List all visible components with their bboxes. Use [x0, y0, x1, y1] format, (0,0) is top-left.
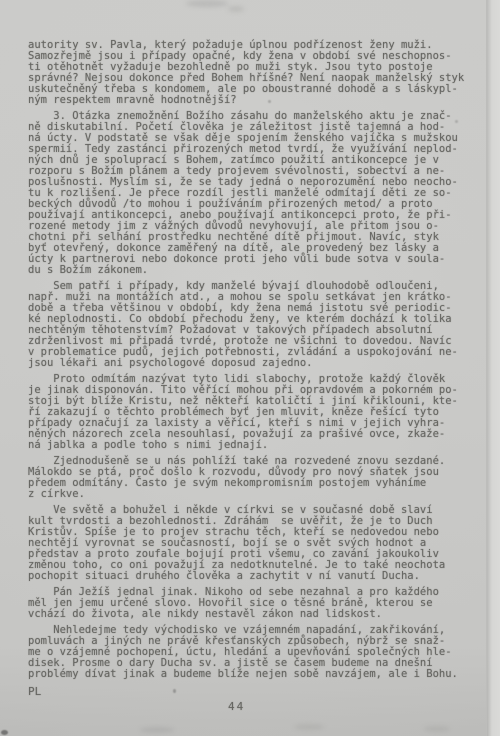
typewritten-text-body: autority sv. Pavla, který požaduje úplno… [28, 40, 480, 685]
page-number: 44 [228, 701, 245, 712]
paragraph-5: Zjednodušeně se u nás pohlíží také na ro… [28, 456, 480, 500]
paragraph-8: Nehledejme tedy východisko ve vzájemném … [28, 625, 480, 680]
paragraph-1: autority sv. Pavla, který požaduje úplno… [28, 40, 480, 106]
paragraph-7: Pán Ježíš jednal jinak. Nikoho od sebe n… [28, 587, 480, 620]
paragraph-4: Proto odmítám nazývat tyto lidi slabochy… [28, 374, 480, 451]
paragraph-2: 3. Otázka znemožnění Božího zásahu do ma… [28, 111, 480, 276]
scan-smudge [186, 0, 228, 7]
paragraph-3: Sem patří i případy, kdy manželé bývají … [28, 281, 480, 369]
scan-smudge [294, 724, 324, 730]
scan-smudge [140, 727, 174, 733]
scan-smudge [228, 6, 244, 12]
paragraph-6: Ve světě a bohužel i někde v církvi se v… [28, 505, 480, 582]
scanned-document-page: autority sv. Pavla, který požaduje úplno… [0, 0, 500, 736]
scan-edge-strip [486, 0, 500, 736]
scan-speck [173, 689, 176, 693]
author-initials: PL [28, 686, 41, 697]
scan-speck [1, 730, 8, 735]
scan-smudge [424, 726, 450, 732]
